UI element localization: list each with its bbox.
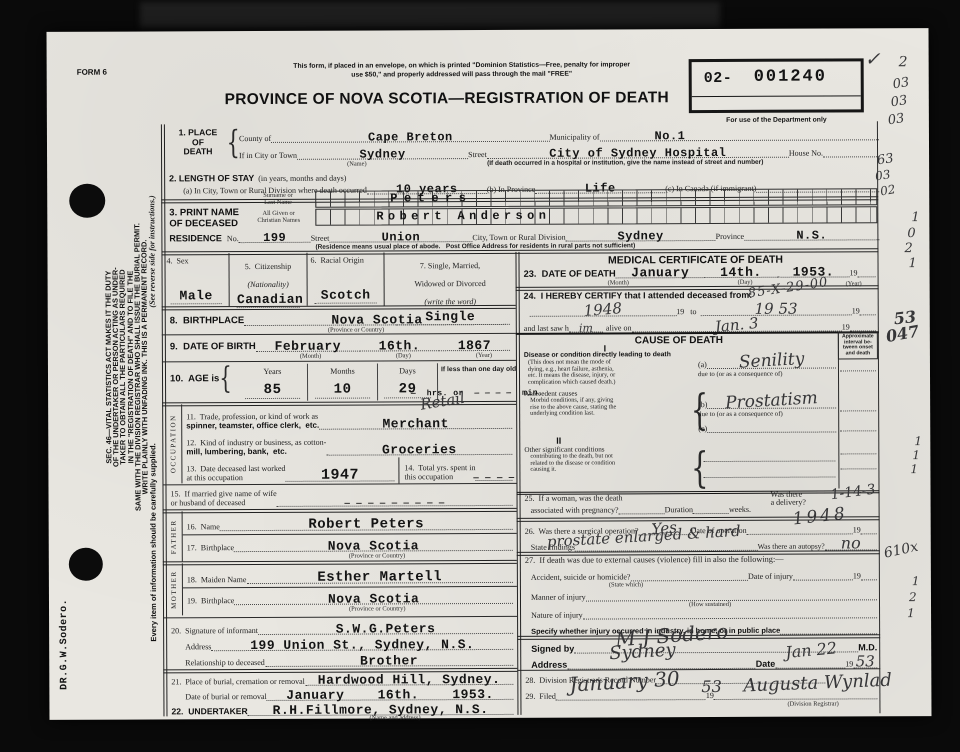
- father-side-label: FATHER: [169, 519, 177, 554]
- spouse-line1: 15. If married give name of wife: [171, 489, 277, 498]
- death-month: January: [631, 265, 689, 280]
- residence-no-value: 199: [263, 231, 286, 245]
- street-label: Street: [468, 150, 487, 159]
- section-rule: [163, 560, 517, 566]
- work-value: Merchant: [382, 416, 448, 431]
- print-name-label: 3. PRINT NAME OF DECEASED: [169, 207, 261, 229]
- margin-mark: 1: [911, 210, 919, 225]
- mail-notice: This form, if placed in an envelope, on …: [227, 61, 697, 80]
- spouse-value: — — — — — — — — —: [344, 498, 444, 508]
- cause-a-hw: Senility: [738, 349, 804, 373]
- age-label: 10. AGE is: [170, 373, 219, 384]
- city-town-value: Sydney: [359, 147, 405, 161]
- mother-name-value: Esther Martell: [317, 569, 442, 586]
- surname-boxes: Peters: [315, 188, 877, 207]
- residence-no-label: No.: [227, 234, 239, 243]
- box-rule: [692, 95, 861, 97]
- margin-mark: 03: [890, 93, 909, 110]
- last-worked-label: 13. Date deceased last workedat this occ…: [186, 464, 285, 482]
- signed-address-label: Address: [531, 660, 567, 670]
- nature-of-injury-label: Nature of injury: [531, 611, 583, 620]
- margin-mark: 047: [884, 321, 920, 346]
- margin-mark: 1: [908, 256, 916, 271]
- age-months-cell: Months 10: [308, 363, 378, 400]
- antecedent-note: Morbid conditions, if any, giving rise t…: [530, 397, 616, 417]
- marital-status-cell: 7. Single, Married, Widowed or Divorced …: [384, 252, 515, 306]
- md-label: M.D.: [858, 642, 877, 652]
- section-rule: [163, 508, 517, 514]
- sex-label: 4. Sex: [166, 256, 225, 265]
- years-value: 85: [245, 382, 301, 399]
- margin-see-reverse-note: (See reverse side for instructions.): [147, 151, 157, 351]
- sex-value: Male: [170, 288, 222, 304]
- occupation-side-label: OCCUPATION: [169, 415, 177, 474]
- day-sub: (Day): [396, 352, 411, 359]
- brace: {: [226, 123, 239, 161]
- mother-side-cell: MOTHER: [165, 563, 183, 615]
- city-town-label: If in City or Town: [239, 151, 297, 160]
- margin-mark: 2: [899, 54, 908, 70]
- margin-statute-text: SEC. 46—VITAL STATISTICS ACT MAKES IT TH…: [104, 88, 150, 645]
- interval-tick: [840, 468, 876, 469]
- form-number: FORM 6: [77, 68, 107, 77]
- margin-mark: 1: [914, 434, 922, 448]
- industry-label: 12. Kind of industry or business, as cot…: [186, 438, 326, 457]
- pre19: 19: [842, 322, 850, 331]
- other-conditions-note: contributing to the death, but not relat…: [530, 453, 615, 473]
- informant-label: 20. Signature of informant: [171, 626, 258, 635]
- father-name-value: Robert Peters: [308, 516, 424, 533]
- father-birthplace-value: Nova Scotia: [328, 538, 419, 553]
- informant-relationship-label: Relationship to deceased: [185, 658, 265, 667]
- last-worked-line2: at this occupation: [186, 473, 242, 482]
- paper-sheet: SEC. 46—VITAL STATISTICS ACT MAKES IT TH…: [47, 28, 932, 720]
- injury-date-label: Date of injury: [748, 572, 793, 581]
- field-rule: [162, 333, 516, 336]
- margin-mark: 03: [887, 111, 906, 128]
- interval-tick: [840, 453, 876, 454]
- industry-label-line1: 12. Kind of industry or business, as cot…: [186, 438, 326, 448]
- citizenship-sub: (Nationality): [247, 280, 288, 289]
- filed-label: 29. Filed: [525, 692, 555, 701]
- house-no-label: House No.: [789, 149, 823, 158]
- cause-a-label: (a): [698, 360, 707, 369]
- birth-year: 1867: [458, 338, 491, 353]
- duration-label: Duration: [665, 505, 693, 514]
- interval-header-cell: Approximate interval be- tween onset and…: [838, 332, 878, 359]
- brace: {: [691, 443, 709, 492]
- signed-by-label: Signed by: [531, 644, 574, 654]
- residence-division-label: City, Town or Rural Division: [472, 233, 565, 242]
- less-than-day-label: If less than one day old: [441, 366, 513, 373]
- pre19: 19: [853, 571, 861, 580]
- margin-mark: 1: [910, 462, 918, 476]
- given-names-label: All Given or Christian Names: [257, 210, 300, 224]
- registration-prefix: 02-: [704, 70, 733, 87]
- pregnancy-line1: 25. If a woman, was the death: [525, 493, 623, 502]
- filed-year-hw: 53: [701, 677, 721, 696]
- margin-mark: 02: [879, 182, 897, 198]
- total-years-value: — — — —: [473, 473, 514, 483]
- year-pre: 19: [850, 268, 858, 277]
- total-years-line2: this occupation: [404, 472, 453, 481]
- racial-origin-label: 6. Racial Origin: [310, 255, 380, 264]
- name-sub: (Name): [347, 161, 367, 168]
- registration-number-box: 02- 001240: [689, 58, 864, 113]
- death-day: 14th.: [720, 265, 762, 280]
- department-caption: For use of the Department only: [689, 116, 864, 124]
- date-of-death-label: 23. DATE OF DEATH: [524, 268, 616, 278]
- manner-of-injury-label: Manner of injury: [531, 593, 586, 602]
- work-label: 11. Trade, profession, or kind of work a…: [186, 412, 319, 431]
- signed-date-label: Date: [756, 659, 776, 669]
- delivery-label: Was there a delivery?: [771, 491, 806, 507]
- cause-b-label: (b): [698, 400, 707, 409]
- municipality-label: Municipality of: [550, 133, 600, 142]
- margin-every-item-note: Every item of information should be care…: [148, 377, 158, 707]
- field-rule: [183, 586, 517, 588]
- division-registrar-sub: (Division Registrar): [787, 700, 838, 707]
- brace: {: [219, 361, 232, 396]
- birth-day: 16th.: [379, 338, 421, 353]
- interval-tick: [840, 370, 876, 371]
- alive-on-label: alive on: [606, 323, 632, 332]
- interval-header: Approximate interval be- tween onset and…: [839, 334, 877, 357]
- mother-birthplace-sub: (Province or Country): [349, 605, 405, 612]
- last-worked-value: 1947: [321, 467, 359, 484]
- father-name-label: 16. Name: [187, 522, 220, 531]
- given-names-value: Robert Anderson: [376, 209, 550, 224]
- interval-tick: [840, 430, 876, 431]
- residence-province-value: N.S.: [796, 229, 827, 243]
- pregnancy-line2: associated with pregnancy?: [531, 505, 619, 514]
- direct-cause-note: (This does not mean the mode of dying, e…: [528, 359, 616, 386]
- last-saw-label: and last saw h: [524, 324, 569, 333]
- margin-mark: 0: [907, 226, 915, 241]
- residence-label: RESIDENCE: [169, 233, 222, 243]
- street-note: (If death occurred in a hospital or inst…: [487, 159, 763, 167]
- birthplace-label: 8. BIRTHPLACE: [170, 315, 244, 326]
- margin-mark: 2: [904, 241, 912, 256]
- spouse-line2: or husband of deceased: [171, 498, 246, 507]
- marital-label: 7. Single, Married, Widowed or Divorced: [414, 261, 485, 288]
- municipality-value: No.1: [655, 129, 686, 143]
- father-birthplace-label: 17. Birthplace: [187, 543, 234, 552]
- margin-mark: 1: [912, 574, 920, 588]
- margin-mark: 1: [907, 606, 915, 620]
- margin-mark: 1: [912, 448, 920, 462]
- due-to-2: due to (or as a consequence of): [698, 411, 783, 418]
- punch-hole: [69, 548, 103, 581]
- weeks-label: weeks.: [729, 505, 751, 514]
- margin-doctor-name: DR.G.W.Sodero.: [59, 587, 71, 702]
- due-to-1: due to (or as a consequence of): [698, 371, 783, 378]
- pre19: 19: [845, 659, 853, 668]
- age-years-cell: Years 85: [238, 364, 308, 401]
- margin-mark: 610x: [882, 539, 919, 562]
- birth-month: February: [275, 339, 341, 354]
- mother-name-label: 18. Maiden Name: [187, 575, 247, 584]
- work-label-line2: spinner, teamster, office clerk, etc.: [186, 421, 319, 431]
- total-years-label: 14. Total yrs. spent inthis occupation: [404, 463, 475, 481]
- age-grid: Years 85 Months 10 Days 29 If less than …: [238, 363, 516, 401]
- signed-address-hw: Sydney: [609, 639, 677, 664]
- given-names-boxes: Robert Anderson: [315, 206, 877, 225]
- residence-street-label: Street: [311, 234, 330, 243]
- field-rule: [183, 533, 517, 535]
- cell-divider: [398, 457, 399, 483]
- scan-top-shadow: [140, 2, 720, 28]
- county-value: Cape Breton: [368, 130, 453, 144]
- undertaker-label: 22. UNDERTAKER: [171, 706, 247, 716]
- month-sub: (Month): [300, 353, 321, 360]
- margin-mark: 03: [874, 167, 891, 183]
- total-years-line1: 14. Total yrs. spent in: [404, 463, 475, 472]
- mother-birthplace-value: Nova Scotia: [328, 591, 419, 606]
- industry-value: Groceries: [382, 442, 457, 457]
- pre19: 19: [676, 307, 684, 316]
- surname-label: Surname or Last Name: [263, 192, 293, 206]
- scanned-death-registration: { "header": { "form_no": "FORM 6", "mail…: [0, 0, 960, 752]
- cause-part2: II: [556, 436, 561, 446]
- birthplace-value: Nova Scotia: [331, 312, 422, 327]
- racial-origin-value: Scotch: [315, 287, 377, 303]
- place-of-death-label: 1. PLACE OF DEATH: [169, 128, 227, 157]
- informant-address-label: Address: [185, 642, 211, 651]
- occupation-side-cell: OCCUPATION: [164, 404, 182, 483]
- field-rule: [163, 616, 517, 619]
- citizenship-label: 5. Citizenship: [245, 262, 291, 271]
- pre19: 19: [852, 306, 860, 315]
- father-side-cell: FATHER: [165, 511, 183, 561]
- mother-side-label: MOTHER: [169, 570, 177, 609]
- demographics-row: 4. Sex Male 5. Citizenship (Nationality)…: [163, 252, 515, 307]
- checkmark-annotation: ✓: [865, 48, 881, 70]
- county-label: County of: [239, 134, 271, 143]
- cause-c-label: (c): [698, 424, 707, 433]
- autopsy-label: Was there an autopsy?: [758, 542, 825, 551]
- punch-hole: [69, 184, 105, 218]
- margin-mark: 03: [892, 75, 911, 92]
- racial-origin-cell: 6. Racial Origin Scotch: [307, 252, 384, 305]
- interval-tick: [840, 410, 876, 411]
- father-birthplace-sub: (Province or Country): [349, 552, 405, 559]
- years-label: Years: [264, 367, 282, 376]
- residence-division-value: Sydney: [617, 229, 663, 243]
- last-worked-line1: 13. Date deceased last worked: [186, 464, 285, 473]
- months-value: 10: [315, 382, 371, 399]
- days-label: Days: [399, 366, 415, 375]
- margin-mark: 63: [876, 151, 895, 168]
- page-title: PROVINCE OF NOVA SCOTIA—REGISTRATION OF …: [167, 89, 727, 109]
- citizenship-cell: 5. Citizenship (Nationality) Canadian: [229, 253, 307, 306]
- field-rule: [162, 360, 516, 363]
- year-sub: (Year): [476, 352, 492, 359]
- burial-date-label: Date of burial or removal: [185, 692, 266, 701]
- accident-label: Accident, suicide or homicide?: [531, 572, 631, 581]
- industry-label-line2: mill, lumbering, bank, etc.: [186, 447, 287, 456]
- informant-relationship: Brother: [360, 653, 418, 668]
- undertaker-sub: (Name and address): [369, 714, 420, 721]
- surname-value: Peters: [390, 191, 472, 205]
- to-label: to: [690, 307, 696, 316]
- sex-cell: 4. Sex Male: [163, 253, 229, 306]
- date-of-birth-label: 9. DATE OF BIRTH: [170, 341, 256, 352]
- registration-number: 001240: [754, 68, 827, 87]
- margin-mark: 2: [909, 590, 917, 604]
- mother-birthplace-label: 19. Birthplace: [187, 596, 234, 605]
- months-label: Months: [330, 367, 354, 376]
- residence-province-label: Province: [716, 232, 744, 241]
- external-causes-label: 27. If death was due to external causes …: [525, 555, 784, 565]
- spouse-label: 15. If married give name of wifeor husba…: [171, 489, 277, 507]
- death-day-sub: (Day): [738, 279, 753, 286]
